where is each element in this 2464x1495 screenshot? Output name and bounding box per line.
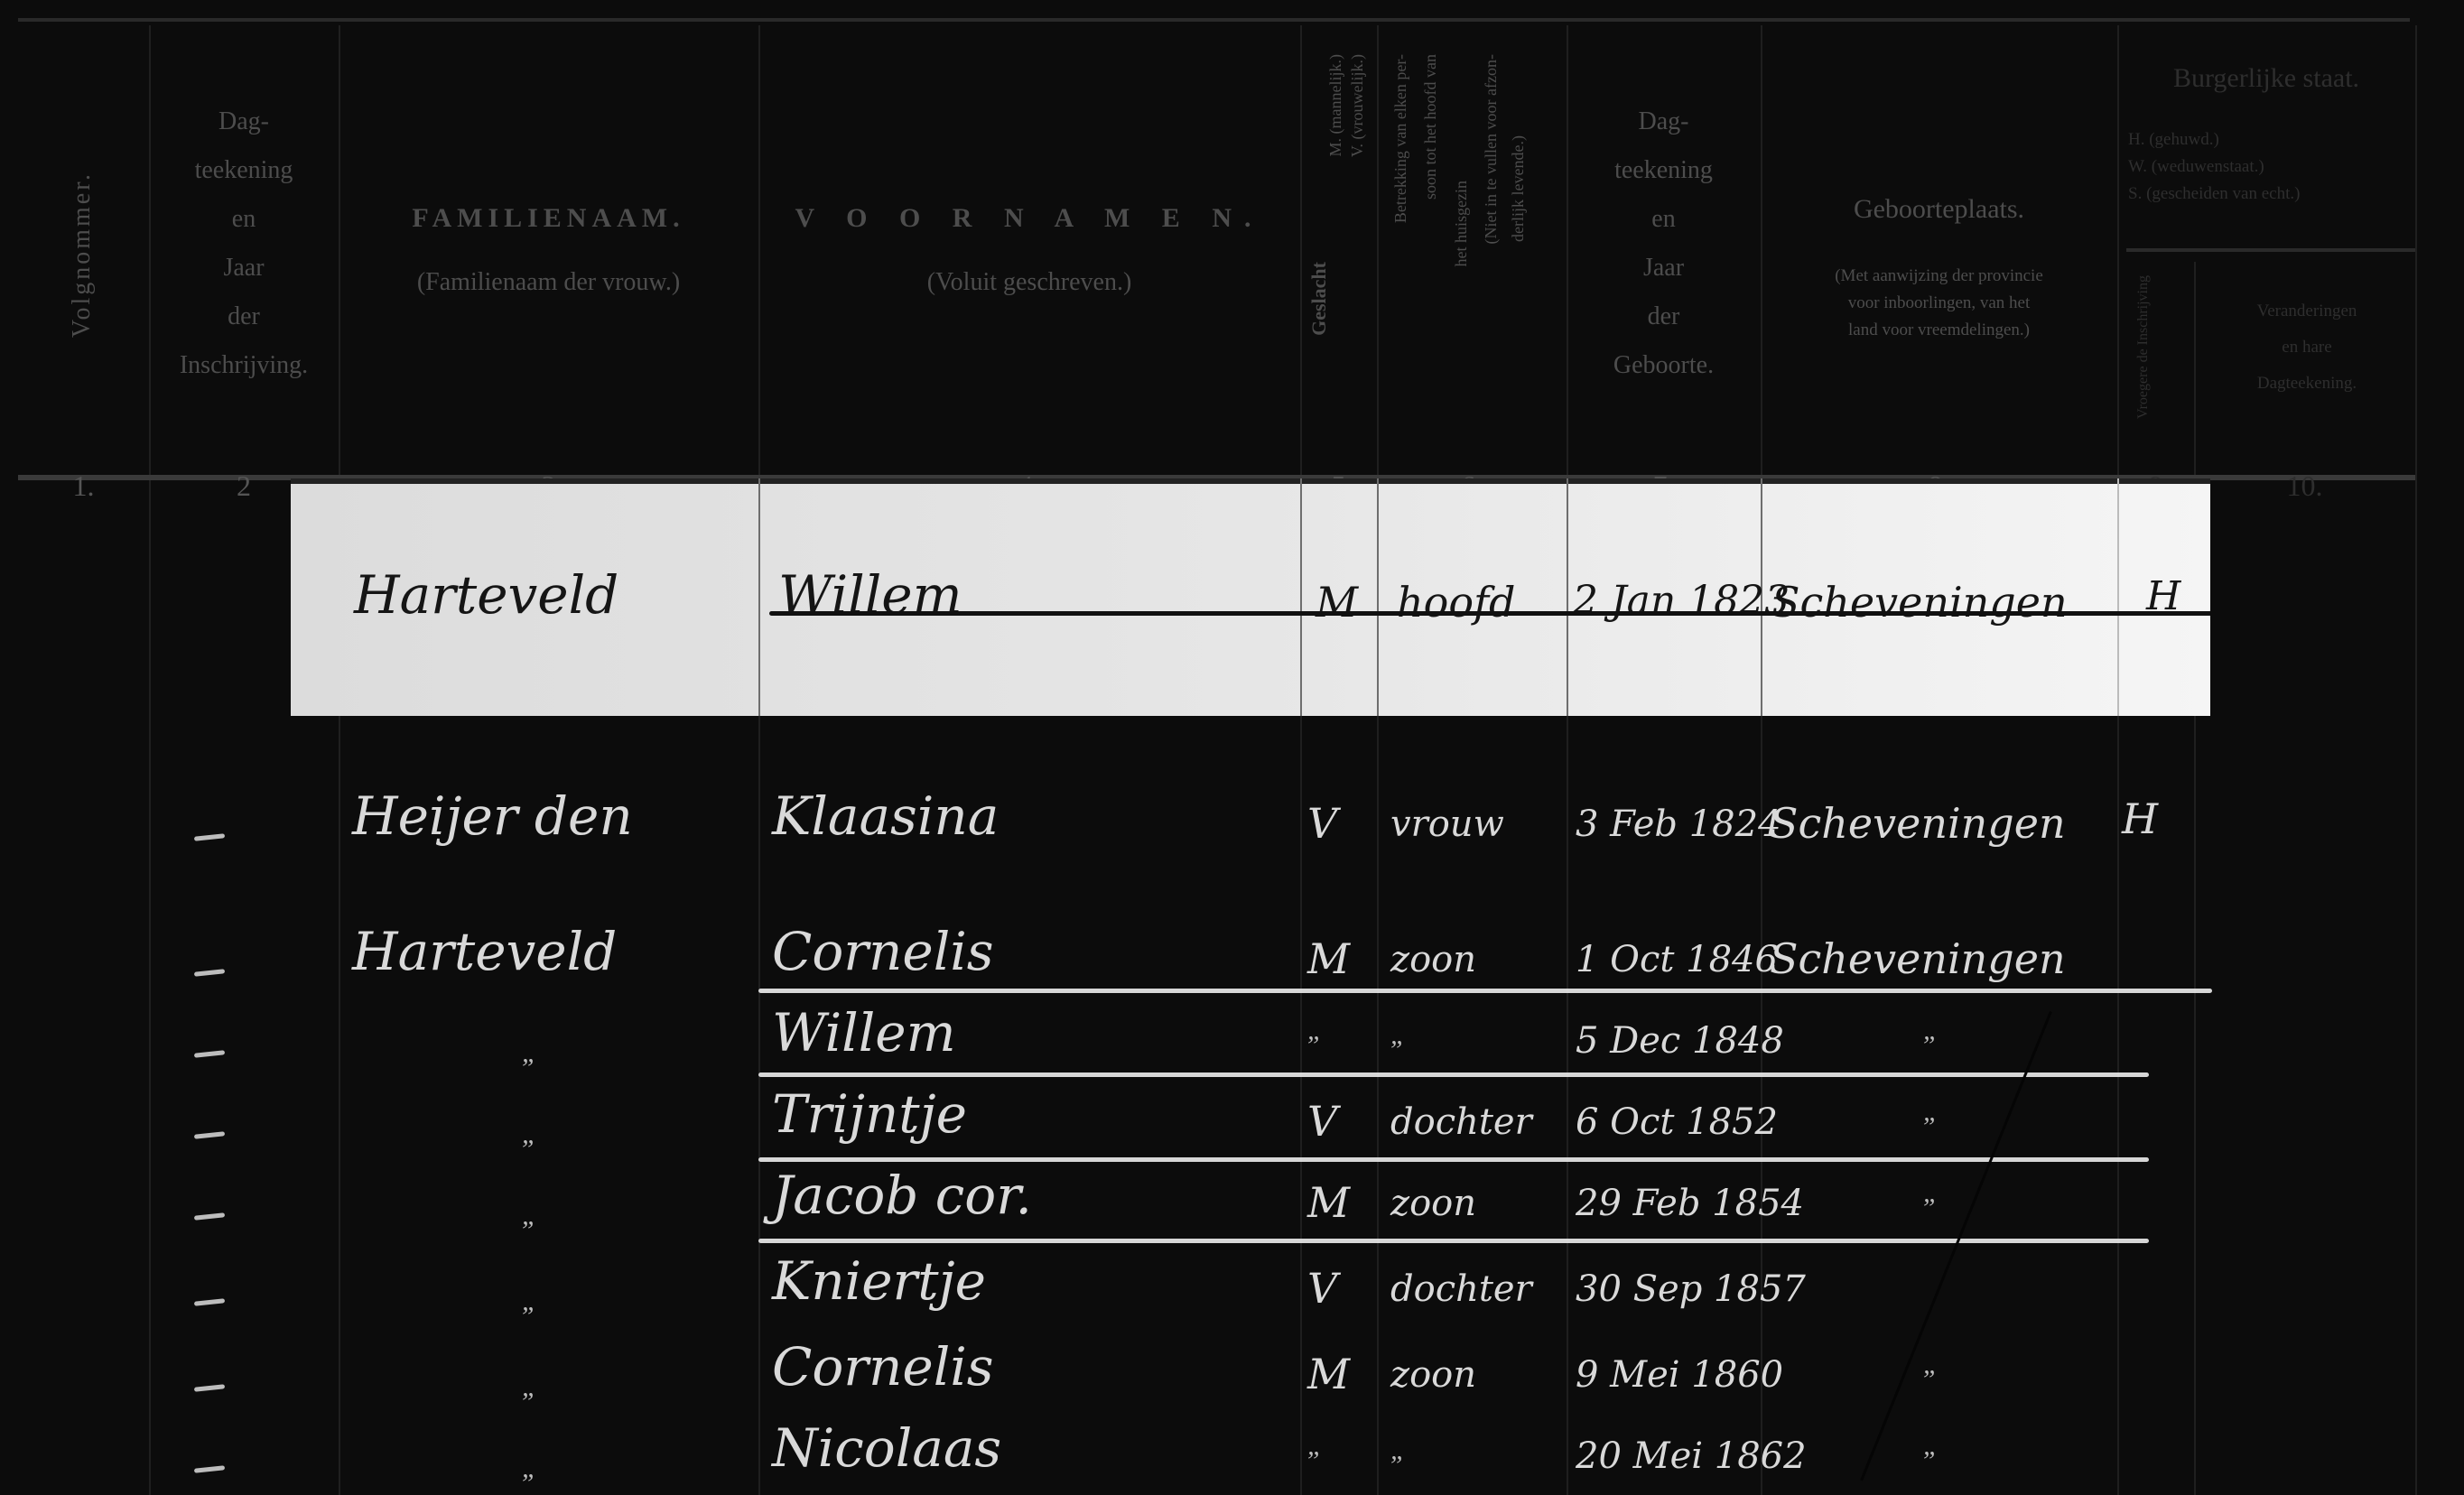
header-col-6: Betrekking van elken per- soon tot het h… bbox=[1377, 36, 1567, 469]
voornamen: Willem bbox=[772, 1002, 956, 1063]
familienaam: „ bbox=[522, 1201, 537, 1231]
betrekking: vrouw bbox=[1390, 803, 1504, 845]
entry-dash-mark bbox=[194, 1298, 225, 1306]
familienaam: Harteveld bbox=[352, 921, 617, 982]
geslacht: M bbox=[1307, 934, 1350, 983]
header-rule bbox=[291, 478, 2210, 484]
geboorteplaats: Scheveningen bbox=[1770, 799, 2066, 848]
geslacht: „ bbox=[1307, 1016, 1323, 1046]
geboorteplaats: „ bbox=[1923, 1350, 1939, 1380]
entry-dash-mark bbox=[194, 1050, 225, 1058]
familienaam: „ bbox=[522, 1453, 537, 1484]
header-title: Burgerlijke staat. bbox=[2117, 63, 2415, 94]
header-subtitle: (Met aanwijzing der provincie voor inboo… bbox=[1761, 263, 2117, 344]
column-divider bbox=[2415, 25, 2417, 1495]
betrekking: zoon bbox=[1390, 1183, 1476, 1224]
strike-through-line bbox=[758, 989, 2212, 993]
entry-dash-mark bbox=[194, 833, 225, 841]
geslacht: V bbox=[1307, 1264, 1337, 1313]
geboorteplaats: Scheveningen bbox=[1770, 934, 2066, 983]
familienaam: „ bbox=[522, 1286, 537, 1317]
voornamen: Nicolaas bbox=[772, 1417, 1001, 1479]
entry-dash-mark bbox=[194, 1131, 225, 1139]
header-title: Geslacht bbox=[1307, 262, 1331, 336]
column-divider bbox=[1377, 478, 1379, 716]
familienaam: Heijer den bbox=[352, 785, 633, 847]
familienaam: „ bbox=[522, 1038, 537, 1069]
burgerlijke-staat: H bbox=[2122, 794, 2158, 843]
strike-through-line bbox=[758, 1239, 2149, 1243]
geslacht: V bbox=[1307, 1097, 1337, 1146]
betrekking: zoon bbox=[1390, 1354, 1476, 1396]
geboortedatum: 30 Sep 1857 bbox=[1576, 1268, 1806, 1310]
familienaam: „ bbox=[522, 1119, 537, 1150]
voornamen: Jacob cor. bbox=[772, 1165, 1032, 1226]
header-subtitle: (Voluit geschreven.) bbox=[758, 268, 1300, 297]
voornamen: Cornelis bbox=[772, 1336, 994, 1397]
register-page: Volgnommer. 1. Dag- teekening en Jaar de… bbox=[0, 0, 2464, 1495]
geboortedatum: 2 Jan 1823 bbox=[1573, 578, 1790, 624]
geboortedatum: 6 Oct 1852 bbox=[1576, 1101, 1778, 1143]
voornamen: Klaasina bbox=[772, 785, 999, 847]
column-divider bbox=[1567, 478, 1568, 716]
geboortedatum: 5 Dec 1848 bbox=[1576, 1020, 1784, 1062]
geboortedatum: 3 Feb 1824 bbox=[1576, 803, 1781, 845]
geslacht: M bbox=[1316, 578, 1358, 627]
film-scratch bbox=[1860, 1011, 2052, 1481]
betrekking: zoon bbox=[1390, 939, 1476, 980]
header-col-10-title: Veranderingen en hare Dagteekening. bbox=[2203, 293, 2411, 402]
header-col-7: Dag- teekening en Jaar der Geboorte. 7. bbox=[1567, 36, 1761, 469]
geboortedatum: 20 Mei 1862 bbox=[1576, 1435, 1807, 1477]
entry-dash-mark bbox=[194, 1212, 225, 1221]
strike-through-line bbox=[769, 611, 2210, 616]
geslacht: „ bbox=[1307, 1431, 1323, 1462]
header-title: Geboorteplaats. bbox=[1761, 194, 2117, 225]
column-divider bbox=[1300, 478, 1302, 716]
header-title: Dag- teekening en Jaar der Geboorte. bbox=[1567, 97, 1761, 390]
voornamen: Cornelis bbox=[772, 921, 994, 982]
voornamen: Willem bbox=[778, 564, 962, 626]
geboortedatum: 9 Mei 1860 bbox=[1576, 1354, 1783, 1396]
entry-dash-mark bbox=[194, 969, 225, 977]
geboortedatum: 1 Oct 1846 bbox=[1576, 939, 1778, 980]
betrekking: dochter bbox=[1390, 1268, 1532, 1310]
geboorteplaats: Scheveningen bbox=[1771, 578, 2068, 627]
geslacht: M bbox=[1307, 1178, 1350, 1227]
voornamen: Kniertje bbox=[772, 1250, 986, 1312]
header-title: FAMILIENAAM. bbox=[339, 203, 758, 234]
strike-through-line bbox=[758, 1072, 2149, 1077]
header-col-8: Geboorteplaats. (Met aanwijzing der prov… bbox=[1761, 36, 2117, 469]
header-subtitle: (Familienaam der vrouw.) bbox=[339, 268, 758, 297]
geboorteplaats: „ bbox=[1923, 1097, 1939, 1128]
header-title: Volgnommer. bbox=[68, 172, 97, 338]
header-title: V O O R N A M E N. bbox=[758, 203, 1300, 234]
voornamen: Trijntje bbox=[772, 1083, 967, 1145]
entry-dash-mark bbox=[194, 1384, 225, 1392]
column-number: 1. bbox=[18, 469, 149, 503]
betrekking: „ bbox=[1390, 1435, 1406, 1466]
header-col-5: Geslacht M. (mannelijk.) V. (vrouwelijk.… bbox=[1300, 36, 1377, 469]
header-col-9-10: Burgerlijke staat. H. (gehuwd.) W. (wedu… bbox=[2117, 36, 2415, 469]
top-border bbox=[18, 18, 2410, 22]
geslacht: V bbox=[1307, 799, 1337, 848]
geboortedatum: 29 Feb 1854 bbox=[1576, 1183, 1804, 1224]
betrekking: dochter bbox=[1390, 1101, 1532, 1143]
geboorteplaats: „ bbox=[1923, 1016, 1939, 1046]
header-col-3: FAMILIENAAM. (Familienaam der vrouw.) 3 bbox=[339, 36, 758, 469]
geboorteplaats: „ bbox=[1923, 1431, 1939, 1462]
header-title: Dag- teekening en Jaar der Inschrijving. bbox=[149, 97, 339, 390]
strike-through-line bbox=[758, 1157, 2149, 1162]
header-col-2: Dag- teekening en Jaar der Inschrijving.… bbox=[149, 36, 339, 469]
header-col-4: V O O R N A M E N. (Voluit geschreven.) … bbox=[758, 36, 1300, 469]
familienaam: Harteveld bbox=[354, 564, 618, 626]
column-divider bbox=[2117, 478, 2119, 716]
entry-dash-mark bbox=[194, 1465, 225, 1473]
betrekking: hoofd bbox=[1397, 578, 1516, 627]
familienaam: „ bbox=[522, 1372, 537, 1403]
column-number: 10. bbox=[2194, 469, 2415, 503]
geslacht: M bbox=[1307, 1350, 1350, 1398]
geboorteplaats: „ bbox=[1923, 1178, 1939, 1209]
marital-legend: H. (gehuwd.) W. (weduwenstaat.) S. (gesc… bbox=[2128, 126, 2415, 208]
betrekking: „ bbox=[1390, 1020, 1406, 1051]
column-divider bbox=[758, 478, 760, 716]
header-col-1: Volgnommer. 1. bbox=[18, 36, 149, 469]
highlighted-row[interactable]: Harteveld Willem M hoofd 2 Jan 1823 Sche… bbox=[291, 478, 2210, 716]
